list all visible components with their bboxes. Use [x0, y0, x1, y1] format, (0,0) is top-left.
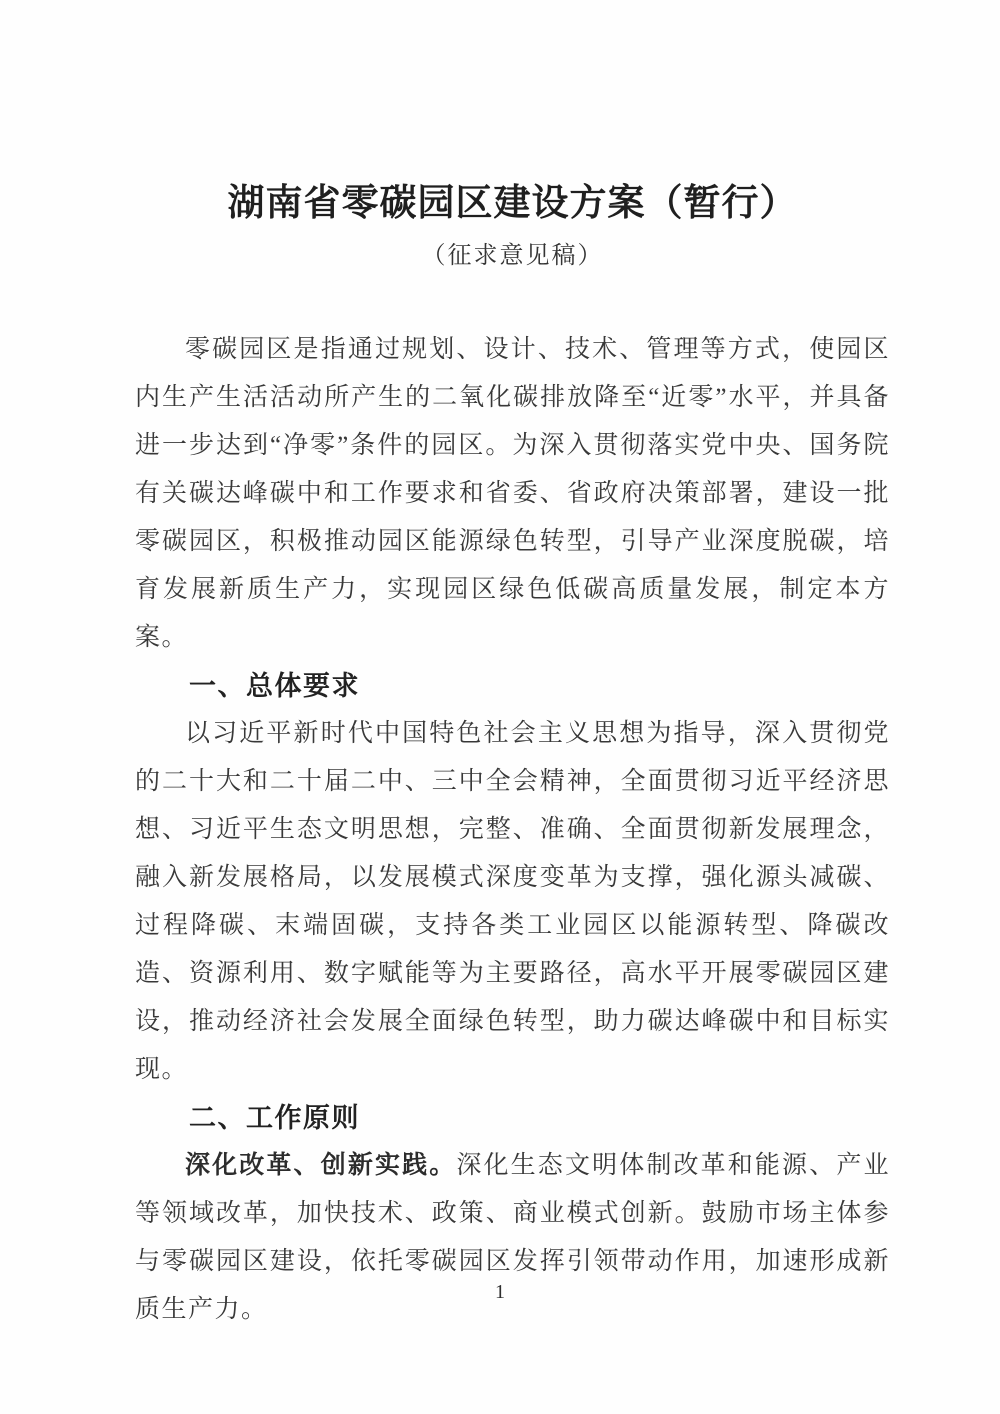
- document-subtitle: （征求意见稿）: [135, 240, 890, 272]
- section-heading-work-principles: 二、工作原则: [135, 1094, 890, 1142]
- paragraph-intro: 零碳园区是指通过规划、设计、技术、管理等方式，使园区内生产生活活动所产生的二氧化…: [135, 326, 890, 662]
- document-body: 零碳园区是指通过规划、设计、技术、管理等方式，使园区内生产生活活动所产生的二氧化…: [135, 326, 890, 1334]
- paragraph-overall-requirements: 以习近平新时代中国特色社会主义思想为指导，深入贯彻党的二十大和二十届二中、三中全…: [135, 710, 890, 1094]
- document-title: 湖南省零碳园区建设方案（暂行）: [135, 0, 890, 228]
- paragraph-lead-phrase: 深化改革、创新实践。: [185, 1152, 456, 1179]
- document-page: 湖南省零碳园区建设方案（暂行） （征求意见稿） 零碳园区是指通过规划、设计、技术…: [0, 0, 1000, 1414]
- document-content: 湖南省零碳园区建设方案（暂行） （征求意见稿） 零碳园区是指通过规划、设计、技术…: [135, 0, 890, 1334]
- page-number: 1: [0, 1278, 1000, 1306]
- section-heading-overall-requirements: 一、总体要求: [135, 662, 890, 710]
